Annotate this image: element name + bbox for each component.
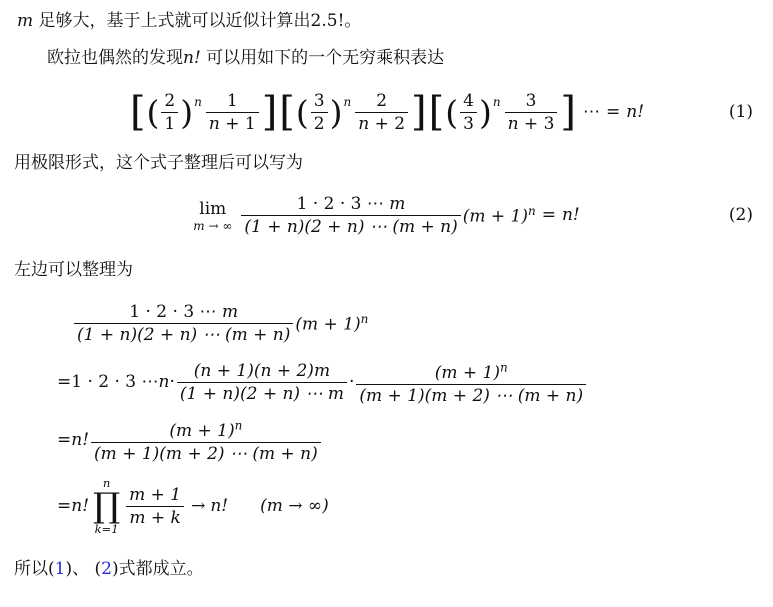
right-bracket: ] — [560, 92, 576, 132]
derivation-line-4: =n! n ∏ k=1 m + 1 m + k → n! (m → ∞) — [0, 474, 773, 538]
equation-ref-2-link[interactable]: 2 — [101, 559, 112, 579]
math-var-n-factorial: n! — [183, 48, 201, 68]
fraction: 21 — [161, 90, 178, 135]
closing-paragraph: 所以(1)、 (2)式都成立。 — [14, 558, 773, 581]
equation-2: lim m → ∞ 1 · 2 · 3 ⋯ m (1 + n)(2 + n) ⋯… — [0, 183, 773, 247]
closing-text-b: )、 ( — [65, 559, 101, 579]
n-factorial: n! — [626, 102, 644, 122]
right-paren: ) — [180, 96, 193, 129]
fraction-numerator: 1 · 2 · 3 ⋯ m — [241, 193, 460, 215]
power-base: (m + 1) — [463, 206, 528, 226]
fraction-numerator: (m + 1)n — [356, 357, 586, 385]
equation-number-2: (2) — [729, 205, 753, 225]
fraction: 3n + 3 — [505, 90, 558, 135]
power-base: (m + 1) — [435, 363, 500, 383]
intro-paragraph-1: m 足够大，基于上式就可以近似计算出2.5!。 — [17, 10, 773, 33]
lim-text: lim — [199, 199, 226, 219]
left-bracket: [ — [130, 92, 146, 132]
derivation-line-2: =1 · 2 · 3 ⋯ n · (n + 1)(n + 2)m (1 + n)… — [0, 356, 773, 408]
fraction-numerator: 3 — [505, 90, 558, 112]
fraction-denominator: (1 + n)(2 + n) ⋯ (m + n) — [74, 323, 293, 346]
n-factorial: n! — [562, 205, 580, 225]
math-var-n: n — [358, 114, 369, 134]
equals-sign: = — [542, 205, 556, 225]
fraction-numerator: 1 · 2 · 3 ⋯ m — [74, 301, 293, 323]
paragraph-4: 左边可以整理为 — [14, 259, 773, 282]
math-text: 1 · 2 · 3 ⋯ — [297, 194, 390, 214]
product-lower-limit: k=1 — [95, 523, 119, 535]
math-var-m: m — [193, 219, 204, 233]
fraction-numerator: 3 — [311, 90, 328, 112]
n-factorial: n! — [71, 496, 89, 516]
cdot: · — [349, 372, 354, 392]
fraction-denominator: (m + 1)(m + 2) ⋯ (m + n) — [91, 442, 321, 465]
left-paren: ( — [296, 96, 309, 129]
eq1-group-2: [(32)n2n + 2] — [278, 90, 427, 135]
fraction: (m + 1)n (m + 1)(m + 2) ⋯ (m + n) — [356, 357, 586, 408]
fraction-denominator: m + k — [126, 506, 184, 529]
equation-1: [(21)n1n + 1] [(32)n2n + 2] [(43)n3n + 3… — [0, 82, 773, 142]
intro-paragraph-2: 欧拉也偶然的发现n! 可以用如下的一个无穷乘积表达 — [47, 47, 773, 70]
closing-text-a: 所以( — [14, 559, 55, 579]
to-infinity: → ∞ — [205, 219, 233, 233]
left-paren: ( — [445, 96, 458, 129]
equals-sign: = — [57, 372, 71, 392]
fraction-denominator: 3 — [460, 112, 477, 135]
equals-sign: = — [606, 102, 620, 122]
left-paren: ( — [147, 96, 160, 129]
exponent-n: n — [194, 95, 202, 109]
left-bracket: [ — [279, 92, 295, 132]
fraction: 43 — [460, 90, 477, 135]
math-var-n: n — [508, 114, 519, 134]
fraction: 1 · 2 · 3 ⋯ m (1 + n)(2 + n) ⋯ (m + n) — [241, 193, 460, 238]
fraction-denominator: (1 + n)(2 + n) ⋯ (m + n) — [241, 215, 460, 238]
lim-subscript: m → ∞ — [193, 220, 232, 232]
fraction-numerator: (m + 1)n — [91, 415, 321, 443]
math-text: + 1 — [220, 114, 256, 134]
right-bracket: ] — [411, 92, 427, 132]
left-bracket: [ — [429, 92, 445, 132]
fraction-denominator: (1 + n)(2 + n) ⋯ m — [177, 382, 347, 405]
fraction: 32 — [311, 90, 328, 135]
right-paren: ) — [479, 96, 492, 129]
product-operator: n ∏ k=1 — [93, 477, 120, 535]
power-exponent: n — [235, 419, 243, 433]
fraction-denominator: (m + 1)(m + 2) ⋯ (m + n) — [356, 384, 586, 407]
intro-text-2b: 可以用如下的一个无穷乘积表达 — [201, 48, 444, 68]
power-exponent: n — [528, 204, 536, 218]
fraction-numerator: 2 — [355, 90, 408, 112]
math-var-m: m — [222, 302, 238, 322]
exponent-n: n — [493, 95, 501, 109]
limit-operator: lim m → ∞ — [193, 199, 232, 232]
power-base: (m + 1) — [295, 314, 360, 334]
fraction-denominator: n + 3 — [505, 112, 558, 135]
cdot: · — [169, 372, 174, 392]
fraction-denominator: n + 2 — [355, 112, 408, 135]
math-var-n: n — [159, 372, 170, 392]
equals-sign: = — [57, 496, 71, 516]
right-bracket: ] — [262, 92, 278, 132]
exponent-n: n — [343, 95, 351, 109]
derivation-line-3: =n! (m + 1)n (m + 1)(m + 2) ⋯ (m + n) — [0, 414, 773, 466]
power-term: (m + 1)n — [169, 421, 242, 441]
fraction-numerator: (n + 1)(n + 2)m — [177, 360, 347, 382]
fraction-numerator: 2 — [161, 90, 178, 112]
fraction: (n + 1)(n + 2)m (1 + n)(2 + n) ⋯ m — [177, 360, 347, 405]
right-paren: ) — [330, 96, 343, 129]
document-page: m 足够大，基于上式就可以近似计算出2.5!。 欧拉也偶然的发现n! 可以用如下… — [0, 0, 773, 607]
math-text: 1 · 2 · 3 ⋯ — [71, 372, 158, 392]
product-symbol: ∏ — [93, 489, 120, 523]
power-exponent: n — [361, 312, 369, 326]
fraction-numerator: 4 — [460, 90, 477, 112]
fraction-denominator: 2 — [311, 112, 328, 135]
fraction-denominator: 1 — [161, 112, 178, 135]
fraction: 1n + 1 — [206, 90, 259, 135]
math-var-n: n — [209, 114, 220, 134]
fraction-numerator: 1 — [206, 90, 259, 112]
equation-number-1: (1) — [729, 102, 753, 122]
intro-text-2a: 欧拉也偶然的发现 — [47, 48, 183, 68]
fraction: m + 1 m + k — [126, 484, 184, 529]
n-factorial: n! — [71, 430, 89, 450]
derivation-line-1: 1 · 2 · 3 ⋯ m (1 + n)(2 + n) ⋯ (m + n) (… — [0, 296, 773, 350]
eq1-group-3: [(43)n3n + 3] — [428, 90, 577, 135]
equation-2-body: lim m → ∞ 1 · 2 · 3 ⋯ m (1 + n)(2 + n) ⋯… — [193, 193, 579, 238]
math-text: + 2 — [369, 114, 405, 134]
limit-condition: (m → ∞) — [260, 496, 329, 516]
derivation-block: 1 · 2 · 3 ⋯ m (1 + n)(2 + n) ⋯ (m + n) (… — [0, 296, 773, 538]
math-text: + 3 — [519, 114, 555, 134]
math-var-m: m — [389, 194, 405, 214]
eq1-group-1: [(21)n1n + 1] — [129, 90, 278, 135]
fraction: (m + 1)n (m + 1)(m + 2) ⋯ (m + n) — [91, 415, 321, 466]
fraction-numerator: m + 1 — [126, 484, 184, 506]
power-term: (m + 1)n — [295, 312, 368, 335]
intro-text-1: 足够大，基于上式就可以近似计算出2.5!。 — [33, 11, 361, 31]
n-factorial: n! — [210, 496, 228, 516]
closing-text-c: )式都成立。 — [112, 559, 204, 579]
fraction: 2n + 2 — [355, 90, 408, 135]
fraction-denominator: n + 1 — [206, 112, 259, 135]
math-text: 1 · 2 · 3 ⋯ — [129, 302, 222, 322]
cdots: ⋯ — [583, 102, 600, 122]
arrow-icon: → — [191, 496, 205, 516]
equation-1-body: [(21)n1n + 1] [(32)n2n + 2] [(43)n3n + 3… — [129, 90, 644, 135]
power-base: (m + 1) — [169, 421, 234, 441]
equals-sign: = — [57, 430, 71, 450]
fraction: 1 · 2 · 3 ⋯ m (1 + n)(2 + n) ⋯ (m + n) — [74, 301, 293, 346]
power-exponent: n — [500, 361, 508, 375]
math-var-m: m — [17, 11, 33, 31]
power-term: (m + 1)n — [435, 363, 508, 383]
power-term: (m + 1)n — [463, 204, 536, 227]
equation-ref-1-link[interactable]: 1 — [55, 559, 66, 579]
paragraph-3: 用极限形式，这个式子整理后可以写为 — [14, 152, 773, 175]
